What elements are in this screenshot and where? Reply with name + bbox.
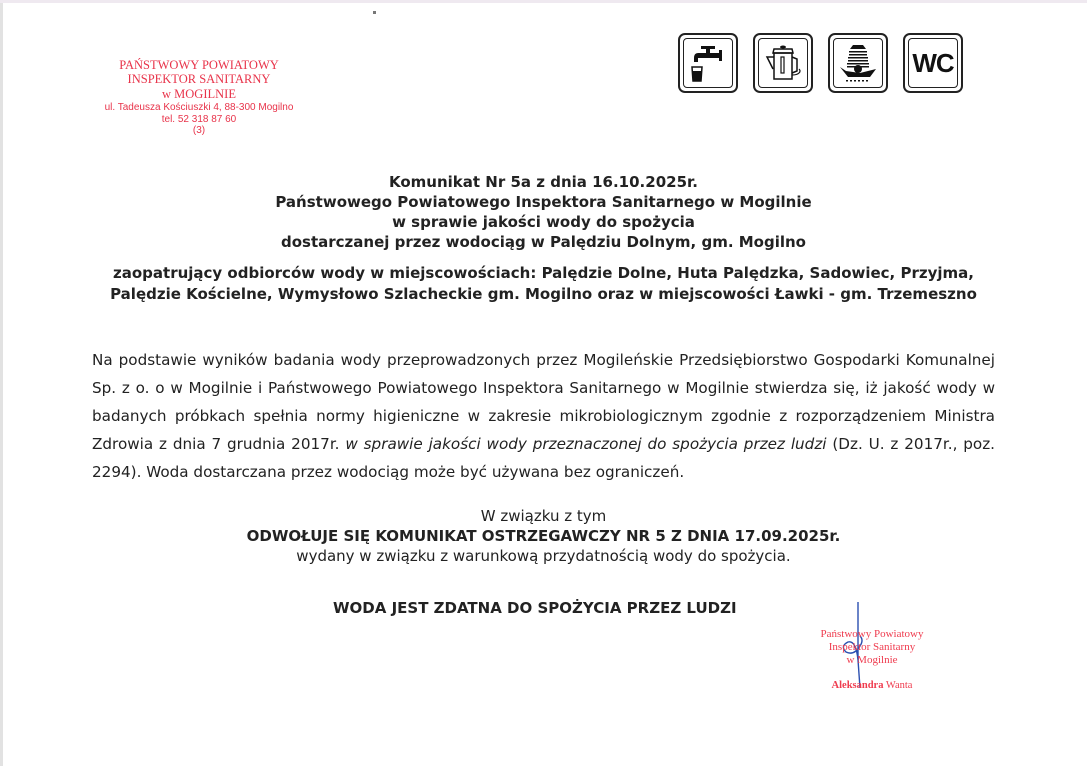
regulation-title: w sprawie jakości wody przeznaczonej do … <box>345 435 826 453</box>
wc-label: WC <box>905 48 961 79</box>
stamp-line-2: INSPEKTOR SANITARNY <box>84 72 314 86</box>
stamp-line-3: w MOGILNIE <box>84 87 314 101</box>
revocation-detail: wydany w związku z warunkową przydatnośc… <box>0 546 1087 566</box>
signature-stamp: Państwowy Powiatowy Inspektor Sanitarny … <box>812 628 932 692</box>
localities-line-1: zaopatrujący odbiorców wody w miejscowoś… <box>0 263 1087 284</box>
title-line-1: Komunikat Nr 5a z dnia 16.10.2025r. <box>0 172 1087 192</box>
revocation-headline: ODWOŁUJE SIĘ KOMUNIKAT OSTRZEGAWCZY NR 5… <box>0 526 1087 546</box>
usage-icons: WC <box>678 33 963 93</box>
signatory-first-name: Aleksandra <box>832 680 884 691</box>
sig-stamp-line-2: Inspektor Sanitarny <box>812 641 932 654</box>
shower-bath-icon <box>828 33 888 93</box>
stamp-number: (3) <box>84 125 314 137</box>
scan-top-edge <box>0 0 1087 3</box>
signatory-last-name: Wanta <box>886 680 913 691</box>
sig-stamp-line-3: w Mogilnie <box>812 654 932 667</box>
localities-list: zaopatrujący odbiorców wody w miejscowoś… <box>0 263 1087 305</box>
sig-stamp-line-1: Państwowy Powiatowy <box>812 628 932 641</box>
scan-artifact <box>373 11 376 14</box>
stamp-phone: tel. 52 318 87 60 <box>84 114 314 126</box>
wc-icon: WC <box>903 33 963 93</box>
title-line-3: w sprawie jakości wody do spożycia <box>0 212 1087 232</box>
scan-left-edge <box>0 0 3 766</box>
tap-water-icon <box>678 33 738 93</box>
title-line-4: dostarczanej przez wodociąg w Palędziu D… <box>0 232 1087 252</box>
body-paragraph: Na podstawie wyników badania wody przepr… <box>92 346 995 486</box>
localities-line-2: Palędzie Kościelne, Wymysłowo Szlachecki… <box>0 284 1087 305</box>
kettle-icon <box>753 33 813 93</box>
revocation-intro: W związku z tym <box>0 506 1087 526</box>
title-line-2: Państwowego Powiatowego Inspektora Sanit… <box>0 192 1087 212</box>
stamp-address: ul. Tadeusza Kościuszki 4, 88-300 Mogiln… <box>84 102 314 114</box>
conclusion-statement: WODA JEST ZDATNA DO SPOŻYCIA PRZEZ LUDZI <box>333 599 737 617</box>
notice-title: Komunikat Nr 5a z dnia 16.10.2025r. Pańs… <box>0 172 1087 252</box>
revocation-block: W związku z tym ODWOŁUJE SIĘ KOMUNIKAT O… <box>0 506 1087 566</box>
stamp-line-1: PAŃSTWOWY POWIATOWY <box>84 58 314 72</box>
signatory-name: Aleksandra Wanta <box>812 679 932 692</box>
inspector-header-stamp: PAŃSTWOWY POWIATOWY INSPEKTOR SANITARNY … <box>84 58 314 137</box>
